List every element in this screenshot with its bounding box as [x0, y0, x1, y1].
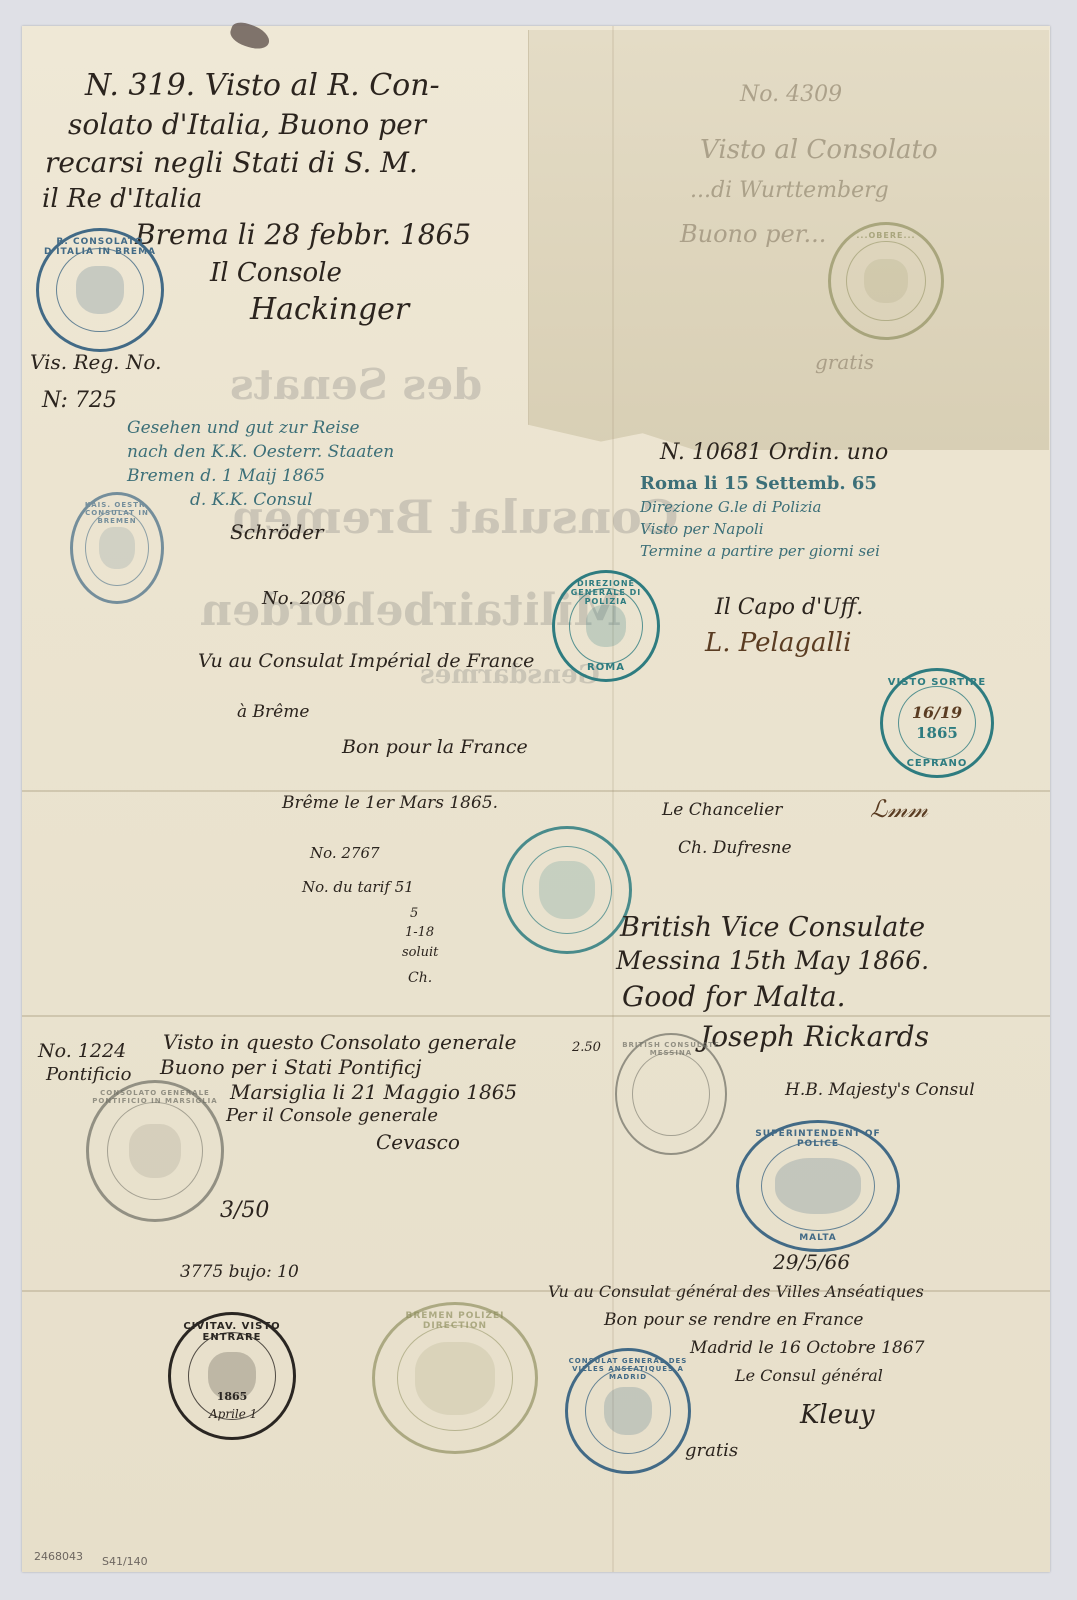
- visa-reference: No. 2767: [310, 844, 380, 862]
- catalog-number: S41/140: [102, 1555, 148, 1568]
- stamp-wurttemberg: ...OBERE...: [828, 222, 944, 340]
- visa-number: No. 4309: [740, 82, 842, 107]
- visa-title: Il Capo d'Uff.: [715, 595, 863, 620]
- visa-signature: Kleuy: [800, 1400, 875, 1430]
- visa-fee: 5: [410, 906, 418, 921]
- visa-date: Roma li 15 Settemb. 65: [640, 473, 877, 494]
- visa-date: Brema li 28 febbr. 1865: [135, 218, 471, 251]
- visa-text: Visto al Consolato: [700, 135, 938, 165]
- visa-reference: Vis. Reg. No.: [30, 350, 161, 374]
- visa-number: No. 2086: [262, 588, 346, 609]
- visa-text: Buono per i Stati Pontificj: [160, 1055, 421, 1079]
- visa-reference: No. du tarif 51: [302, 878, 414, 896]
- visa-title: Il Console: [210, 258, 342, 288]
- visa-date: Brême le 1er Mars 1865.: [282, 793, 498, 813]
- visa-title: Le Consul général: [735, 1366, 883, 1385]
- visa-reference: 3775 bujo: 10: [180, 1262, 299, 1282]
- visa-text: à Brême: [237, 702, 309, 722]
- visa-text: Direzione G.le di Polizia: [640, 498, 822, 516]
- stamp-papal-consulate-marseille: CONSOLATO GENERALE PONTIFICIO IN MARSIGL…: [86, 1080, 224, 1222]
- stamp-british-consulate-messina: BRITISH CONSULATE MESSINA: [615, 1033, 727, 1155]
- visa-signature: Ch. Dufresne: [678, 838, 792, 858]
- stamp-malta-police: SUPERINTENDENT OF POLICE MALTA: [736, 1120, 900, 1252]
- visa-text: ...di Wurttemberg: [690, 178, 889, 203]
- stamp-italy-consulate-bremen: R. CONSOLATO D'ITALIA IN BREMA: [36, 228, 164, 352]
- printed-form-text: des Senats: [230, 360, 482, 409]
- visa-text: Visto in questo Consolato generale: [163, 1030, 516, 1054]
- visa-signature: Joseph Rickards: [700, 1020, 929, 1053]
- visa-date: Bremen d. 1 Maij 1865: [127, 466, 325, 486]
- fold-line: [22, 1015, 1050, 1017]
- visa-title: d. K.K. Consul: [190, 490, 313, 510]
- visa-text: nach den K.K. Oesterr. Staaten: [127, 442, 394, 462]
- visa-text: Vu au Consulat Impérial de France: [198, 650, 534, 672]
- visa-label: Pontificio: [46, 1064, 131, 1085]
- visa-text: Termine a partire per giorni sei: [640, 542, 880, 560]
- visa-date: Messina 15th May 1866.: [616, 946, 929, 975]
- visa-title: Le Chancelier: [662, 800, 782, 820]
- stamp-bremen-police: BREMEN POLIZEI DIRECTION: [372, 1302, 538, 1454]
- visa-text: Good for Malta.: [622, 980, 846, 1013]
- visa-text: N. 319. Visto al R. Con-: [85, 68, 440, 103]
- fold-line: [612, 26, 614, 1572]
- stamp-rome-police: DIREZIONE GENERALE DI POLIZIA ROMA: [552, 570, 660, 682]
- visa-number: N. 10681 Ordin. uno: [660, 440, 888, 465]
- visa-reference: N: 725: [42, 388, 117, 413]
- visa-text: recarsi negli Stati di S. M.: [45, 146, 418, 179]
- visa-initial: Ch.: [408, 970, 432, 986]
- visa-fee: soluit: [402, 945, 438, 960]
- visa-signature: Cevasco: [376, 1130, 460, 1154]
- visa-text: Buono per...: [680, 220, 826, 248]
- visa-text: Vu au Consulat général des Villes Anséat…: [548, 1282, 924, 1301]
- visa-text: British Vice Consulate: [620, 912, 925, 943]
- visa-text: Visto per Napoli: [640, 520, 764, 538]
- catalog-number: 2468043: [34, 1550, 83, 1563]
- visa-fee: 1-18: [405, 925, 434, 940]
- visa-text: il Re d'Italia: [42, 184, 202, 214]
- visa-signature: L. Pelagalli: [705, 628, 851, 658]
- stamp-ceprano: VISTO SORTIRE 16/19 1865 CEPRANO: [880, 668, 994, 778]
- signature-flourish: ℒ𝓂𝓂: [870, 795, 928, 823]
- visa-text: Bon pour la France: [342, 736, 528, 758]
- visa-date: Madrid le 16 Octobre 1867: [690, 1338, 924, 1358]
- visa-date: 29/5/66: [773, 1250, 850, 1274]
- visa-signature: Schröder: [230, 520, 324, 544]
- stamp-france-consulate: [502, 826, 632, 954]
- visa-text: solato d'Italia, Buono per: [68, 108, 426, 141]
- stamp-austria-consulate-bremen: KAIS. OESTR. CONSULAT IN BREMEN: [70, 492, 164, 604]
- fold-line: [22, 790, 1050, 792]
- visa-note: gratis: [685, 1440, 738, 1461]
- visa-signature: Hackinger: [250, 292, 409, 327]
- stamp-hanseatic-consulate-madrid: CONSULAT GENERAL DES VILLES ANSEATIQUES …: [565, 1348, 691, 1474]
- visa-fee: 3/50: [220, 1198, 269, 1223]
- visa-note: gratis: [815, 350, 874, 374]
- visa-title: H.B. Majesty's Consul: [785, 1080, 975, 1100]
- visa-fee: 2.50: [572, 1040, 601, 1055]
- visa-date: Marsiglia li 21 Maggio 1865: [230, 1080, 517, 1104]
- visa-text: Gesehen und gut zur Reise: [127, 418, 360, 438]
- stamp-civitavecchia: CIVITAV. VISTO ENTRARE 1865 Aprile 1: [168, 1312, 296, 1440]
- visa-number: No. 1224: [38, 1040, 126, 1062]
- visa-text: Bon pour se rendre en France: [604, 1310, 863, 1330]
- visa-title: Per il Console generale: [226, 1105, 438, 1126]
